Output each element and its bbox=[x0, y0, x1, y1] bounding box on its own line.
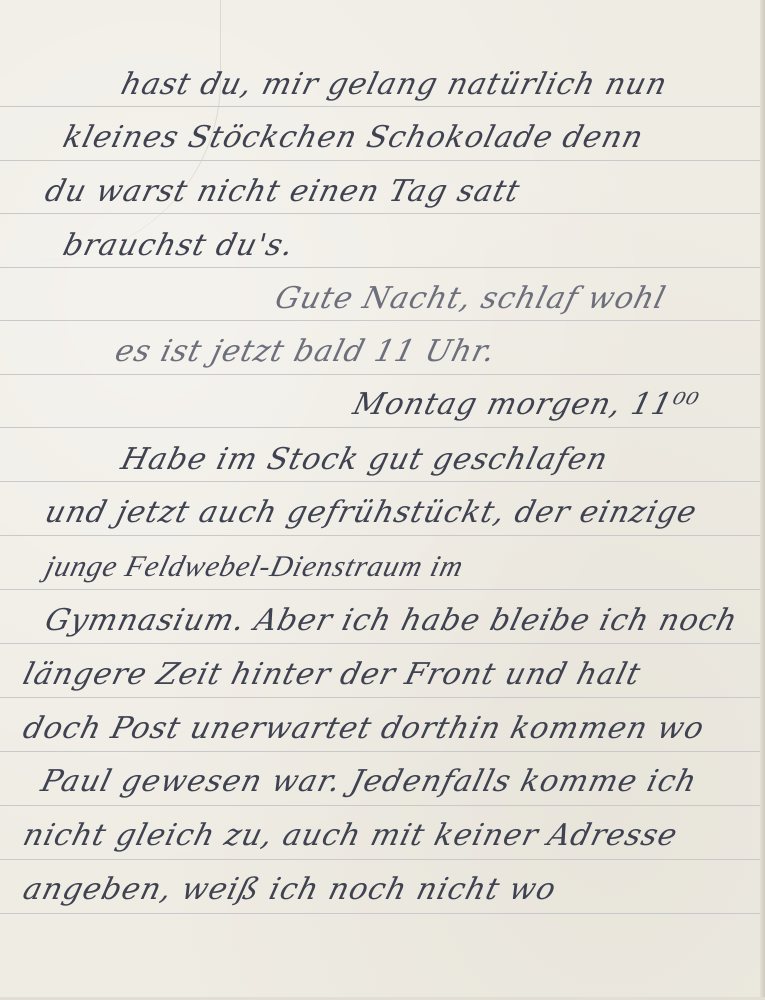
text-line-2: kleines Stöckchen Schokolade denn bbox=[60, 123, 647, 153]
ruled-line bbox=[0, 160, 760, 161]
paper-right-edge bbox=[760, 0, 765, 1000]
ruled-line bbox=[0, 913, 760, 914]
text-line-16: angeben, weiß ich noch nicht wo bbox=[20, 875, 559, 905]
ruled-line bbox=[0, 320, 760, 321]
text-line-13: doch Post unerwartet dorthin kommen wo bbox=[20, 714, 707, 744]
text-line-8: Habe im Stock gut geschlafen bbox=[118, 445, 611, 475]
text-line-14: Paul gewesen war. Jedenfalls komme ich bbox=[38, 767, 700, 797]
ruled-line bbox=[0, 805, 760, 806]
text-line-3: du warst nicht einen Tag satt bbox=[42, 177, 523, 207]
ruled-line bbox=[0, 589, 760, 590]
ruled-line bbox=[0, 427, 760, 428]
text-line-4: brauchst du's. bbox=[60, 231, 297, 261]
ruled-line bbox=[0, 697, 760, 698]
ruled-line bbox=[0, 859, 760, 860]
letter-page: hast du, mir gelang natürlich nun kleine… bbox=[0, 0, 765, 1000]
ruled-line bbox=[0, 106, 760, 107]
ruled-line bbox=[0, 213, 760, 214]
date-heading: Montag morgen, 11⁰⁰ bbox=[350, 390, 702, 420]
ruled-line bbox=[0, 751, 760, 752]
text-line-15: nicht gleich zu, auch mit keiner Adresse bbox=[20, 821, 681, 851]
text-line-6: es ist jetzt bald 11 Uhr. bbox=[112, 337, 499, 367]
text-line-10: junge Feldwebel-Dienstraum im bbox=[42, 552, 467, 582]
ruled-line bbox=[0, 374, 760, 375]
ruled-line bbox=[0, 481, 760, 482]
text-line-11: Gymnasium. Aber ich habe bleibe ich noch bbox=[42, 606, 741, 636]
ruled-line bbox=[0, 267, 760, 268]
ruled-line bbox=[0, 535, 760, 536]
text-line-5-closing: Gute Nacht, schlaf wohl bbox=[272, 284, 669, 314]
text-line-1: hast du, mir gelang natürlich nun bbox=[118, 70, 670, 100]
text-line-9: und jetzt auch gefrühstückt, der einzige bbox=[42, 498, 700, 528]
ruled-line bbox=[0, 643, 760, 644]
text-line-12: längere Zeit hinter der Front und halt bbox=[20, 660, 644, 690]
